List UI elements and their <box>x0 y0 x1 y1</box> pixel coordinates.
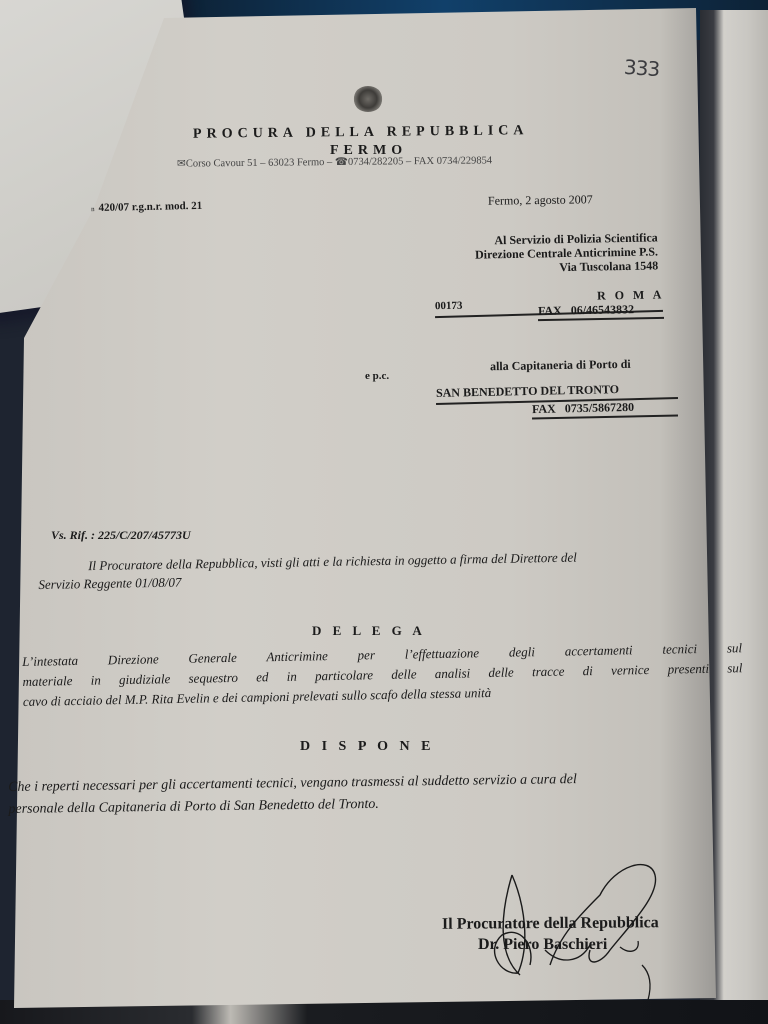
protocol-number: n420/07 r.g.n.r. mod. 21 <box>91 200 202 214</box>
handwritten-signature-icon <box>490 855 690 1005</box>
cc-label: e p.c. <box>365 370 389 382</box>
dispone-heading: D I S P O N E <box>300 739 434 755</box>
dispone-paragraph: Che i reperti necessari per gli accertam… <box>8 769 577 821</box>
document-date: Fermo, 2 agosto 2007 <box>488 192 593 208</box>
recipient-address: Al Servizio di Polizia Scientifica Direz… <box>475 230 659 275</box>
reference-number: Vs. Rif. : 225/C/207/45773U <box>51 528 191 543</box>
cc-fax: FAX 0735/5867280 <box>532 400 634 417</box>
protocol-text: 420/07 r.g.n.r. mod. 21 <box>98 200 202 214</box>
recipient-city: R O M A <box>597 287 665 303</box>
delega-heading: D E L E G A <box>312 623 426 639</box>
recipient-fax: FAX 06/46543832 <box>538 302 634 319</box>
handwritten-page-number: 333 <box>623 55 660 81</box>
recipient-zip: 00173 <box>435 300 463 312</box>
cc-line: alla Capitaneria di Porto di <box>490 357 631 374</box>
italian-republic-emblem-icon <box>353 86 383 112</box>
protocol-prefix: n <box>91 205 95 213</box>
